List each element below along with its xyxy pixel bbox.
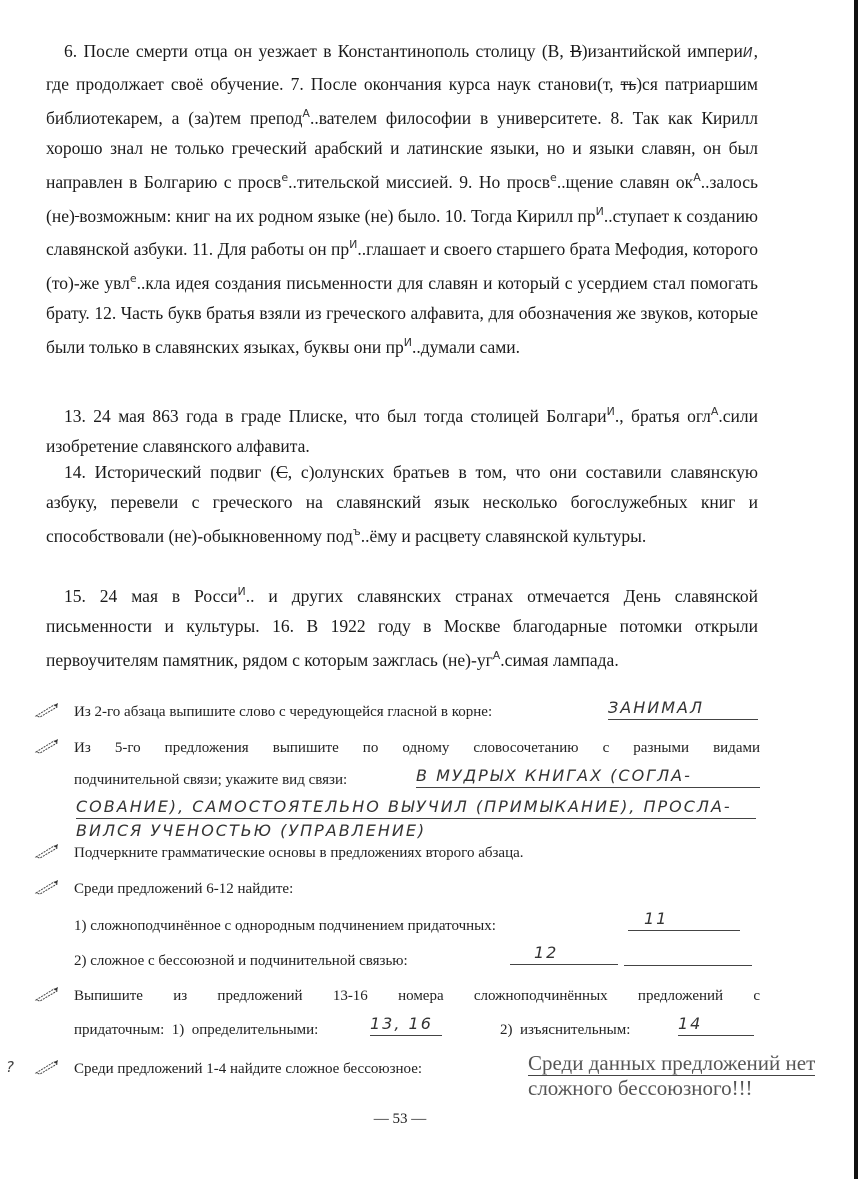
scan-edge [854,0,858,1179]
typed-answer-line1[interactable]: Среди данных предложений нет [528,1051,815,1076]
paragraph-text: 6. После смерти отца он уезжает в Конста… [46,36,758,362]
paragraph-text: 13. 24 мая 863 года в граде Плиске, что … [46,397,758,461]
answer-field-item2-b[interactable] [624,943,752,966]
handwritten-answer-line3: ВИЛСЯ УЧЕНОСТЬЮ (УПРАВЛЕНИЕ) [76,821,426,840]
text-paragraph-14: 14. Исторический подвиг (С, с)олунских б… [46,457,758,551]
answer-field-explanatory[interactable]: 14 [678,1014,754,1036]
answer-field-alternating-vowel[interactable]: ЗАНИМАЛ [608,698,758,720]
task-prompt-line2b: 2) изъяснительным: [500,1020,630,1040]
pencil-icon [34,986,60,1002]
answer-field-phrases-line1[interactable]: В МУДРЫХ КНИГАХ (СОГЛА- [416,766,760,788]
handwritten-answer-line2: СОВАНИЕ), САМОСТОЯТЕЛЬНО ВЫУЧИЛ (ПРИМЫКА… [76,797,732,816]
task-prompt-line2a: придаточным: 1) определительными: [74,1020,318,1040]
task-prompt-line1: Из 5-го предложения выпишите по одному с… [74,738,760,758]
text-paragraph-6-12: 6. После смерти отца он уезжает в Конста… [46,36,758,362]
handwritten-answer-line1: В МУДРЫХ КНИГАХ (СОГЛА- [416,766,692,785]
task-prompt-line1: Выпишите из предложений 13-16 номера сло… [74,986,760,1006]
handwritten-answer-explanatory: 14 [678,1014,702,1033]
handwritten-answer-attributive: 13, 16 [370,1014,433,1033]
text-paragraph-13: 13. 24 мая 863 года в граде Плиске, что … [46,397,758,461]
task-prompt: Подчеркните грамматические основы в пред… [74,843,524,863]
answer-field-item1[interactable]: 11 [628,909,740,931]
item1-label: 1) сложноподчинённое с однородным подчин… [74,916,496,936]
item2-label: 2) сложное с бессоюзной и подчинительной… [74,951,408,971]
handwritten-answer-item1: 11 [628,909,668,928]
pencil-icon [34,843,60,859]
paragraph-text: 14. Исторический подвиг (С, с)олунских б… [46,457,758,551]
pencil-icon [34,879,60,895]
typed-answer-line2: сложного бессоюзного!!! [528,1076,753,1100]
answer-field-phrases-line2[interactable]: СОВАНИЕ), САМОСТОЯТЕЛЬНО ВЫУЧИЛ (ПРИМЫКА… [76,796,756,819]
task-prompt: Среди предложений 6-12 найдите: [74,879,293,899]
handwritten-answer: ЗАНИМАЛ [608,698,704,717]
task-prompt: Из 2-го абзаца выпишите слово с чередующ… [74,702,492,722]
text-paragraph-15-16: 15. 24 мая в РоссиИ.. и других славянски… [46,577,758,675]
answer-field-attributive[interactable]: 13, 16 [370,1014,442,1036]
margin-question-mark: ? [6,1058,14,1076]
paragraph-text: 15. 24 мая в РоссиИ.. и других славянски… [46,577,758,675]
page-number: — 53 — [0,1111,800,1128]
answer-field-phrases-line3[interactable]: ВИЛСЯ УЧЕНОСТЬЮ (УПРАВЛЕНИЕ) [76,820,756,842]
task-prompt-line2: подчинительной связи; укажите вид связи: [74,770,347,790]
handwritten-answer-item2: 12 [510,943,558,962]
task-prompt: Среди предложений 1-4 найдите сложное бе… [74,1059,422,1079]
answer-field-item2-a[interactable]: 12 [510,943,618,965]
pencil-icon [34,738,60,754]
pencil-icon [34,702,60,718]
pencil-icon [34,1059,60,1075]
